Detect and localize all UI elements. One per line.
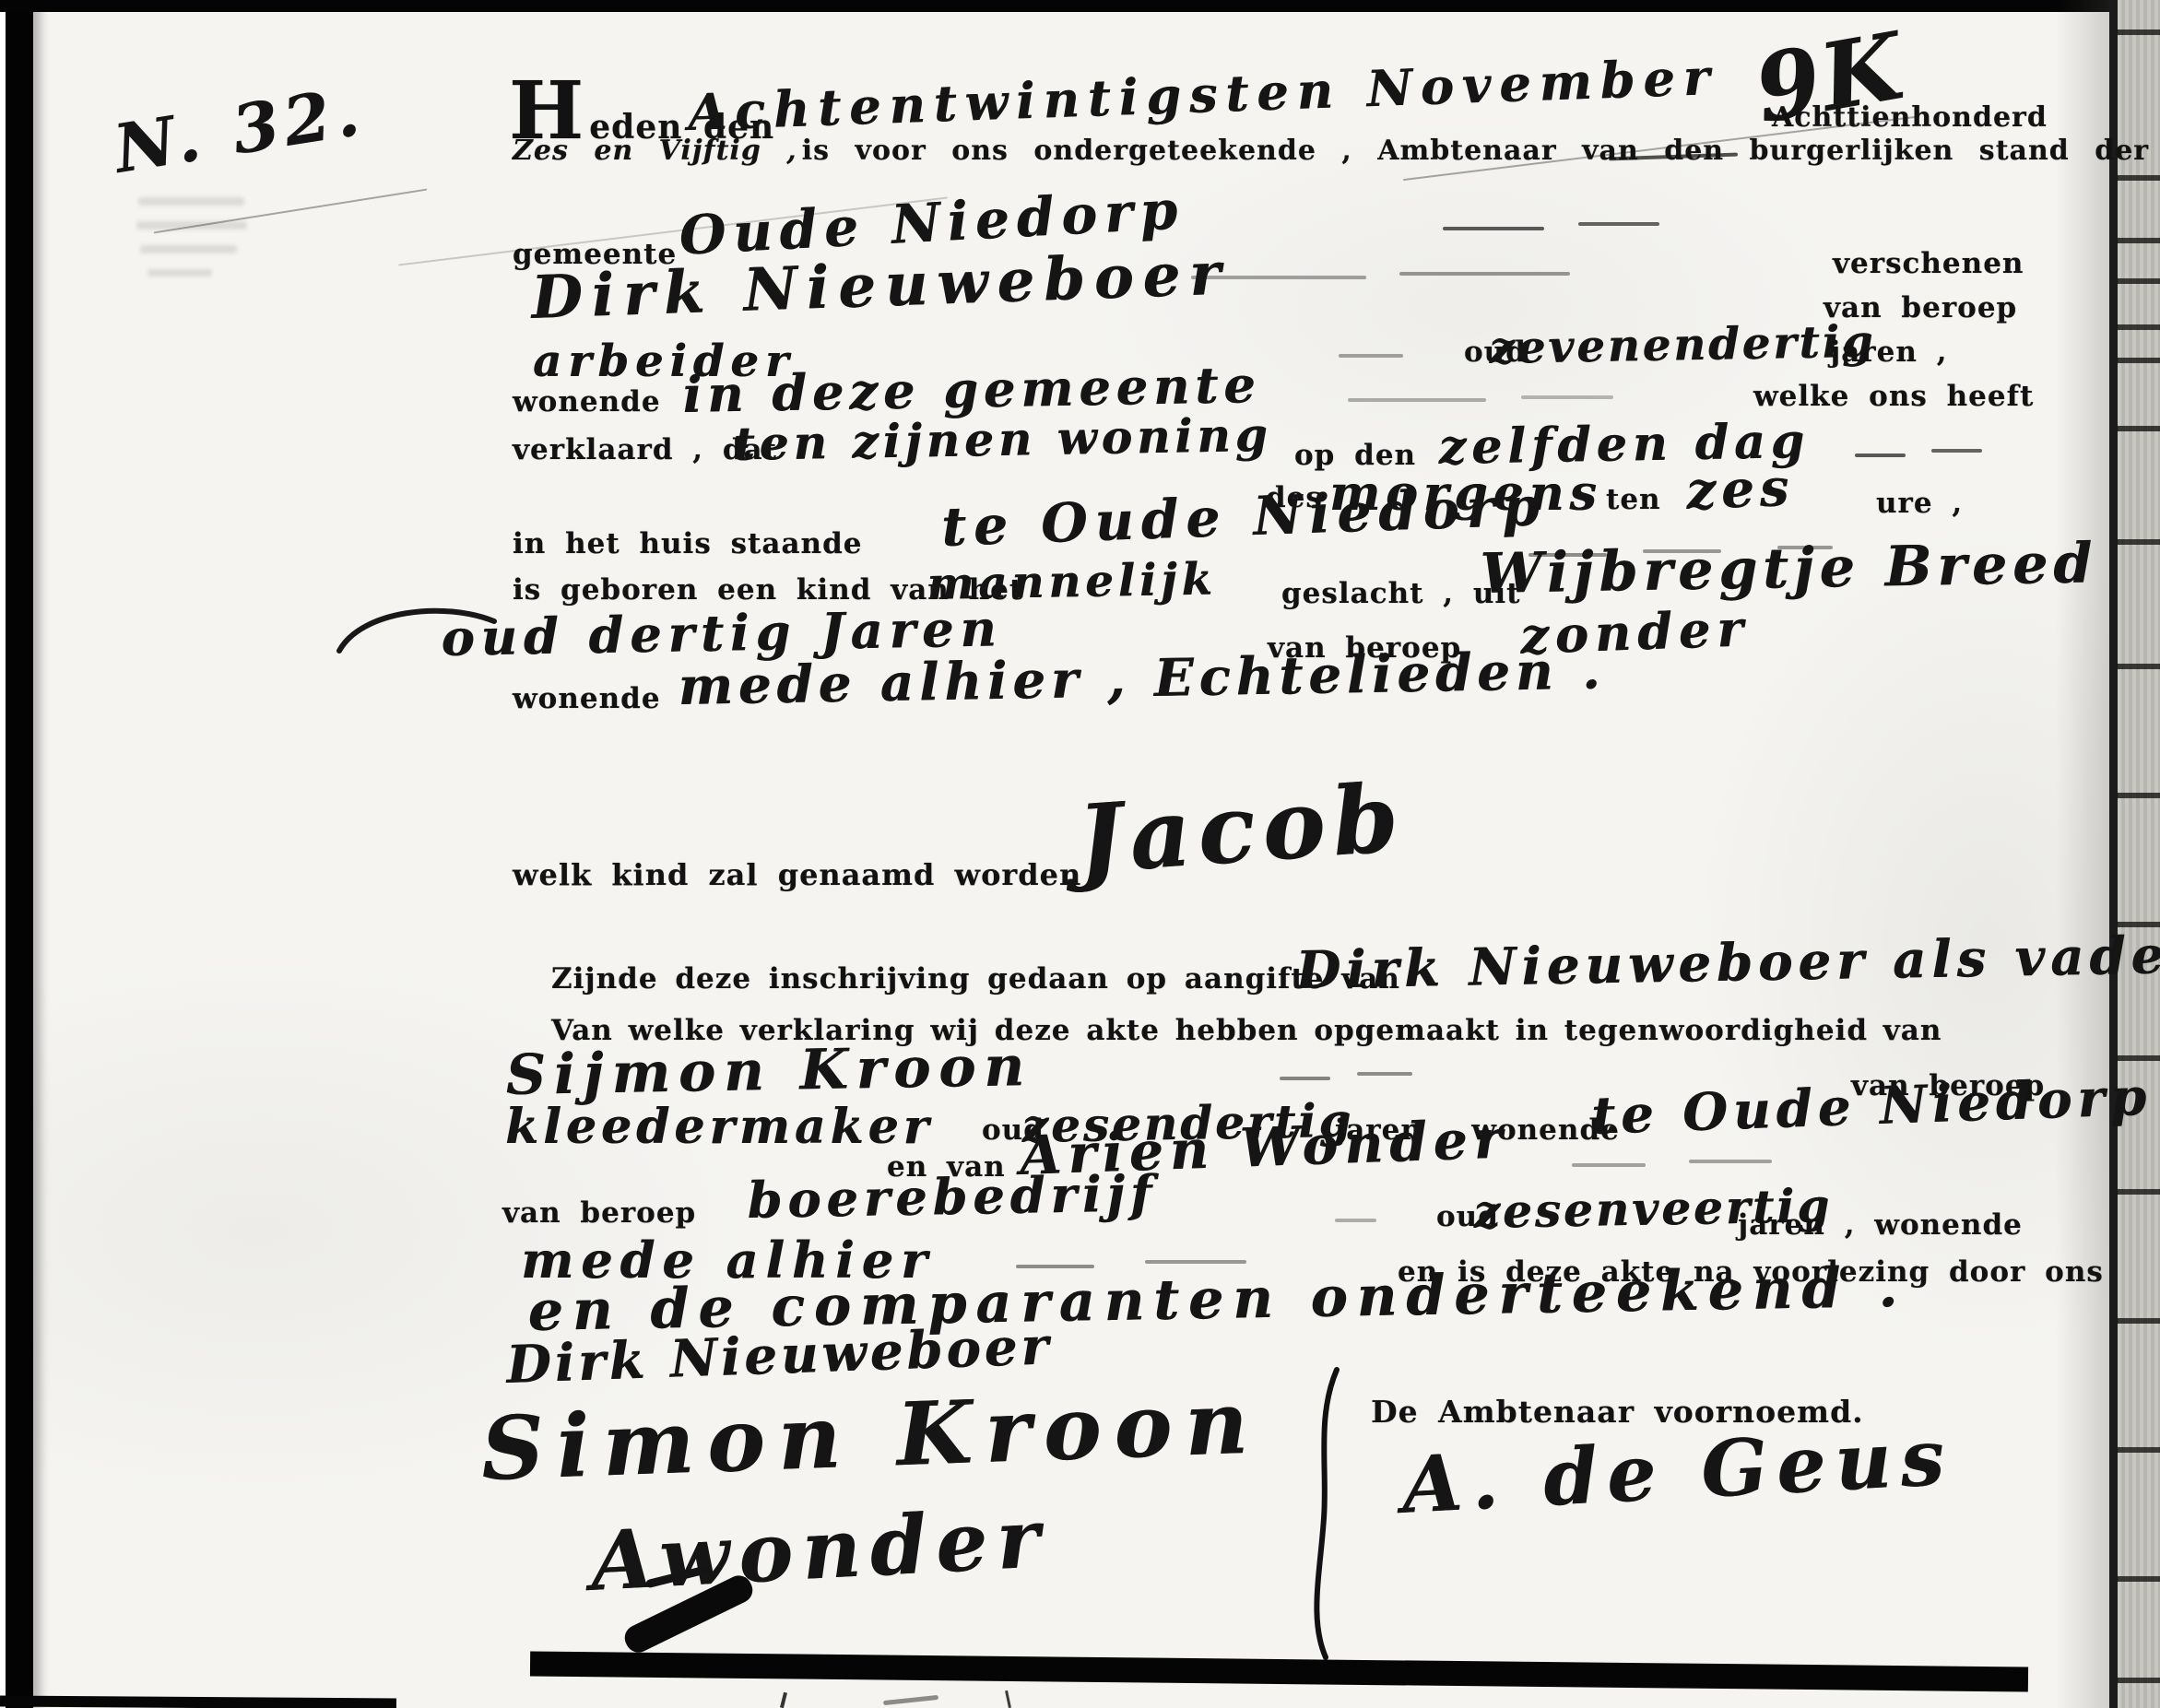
printed-year-words: Zes en Vijftig ,	[513, 135, 797, 167]
printed-in-het-huis: in het huis staande	[513, 527, 862, 560]
dash-filler	[1145, 1260, 1246, 1264]
printed-aangifte: Zijnde deze inschrijving gedaan op aangi…	[551, 962, 1400, 995]
dash-filler	[1335, 1219, 1376, 1222]
dash-filler	[1280, 1077, 1330, 1080]
printed-wonende-2: wonende	[513, 682, 661, 715]
stitch-mark	[2117, 1678, 2160, 1683]
stitch-mark	[2117, 1318, 2160, 1324]
stitch-mark	[2117, 29, 2160, 35]
bleed-through-text	[148, 269, 212, 277]
next-act-stroke	[1005, 1690, 1011, 1708]
stitch-mark	[2117, 426, 2160, 431]
printed-jaren-1: jaren ,	[1830, 336, 1947, 369]
left-edge-shadow	[6, 0, 33, 1708]
brace-mark	[1298, 1366, 1353, 1661]
dash-filler	[1578, 222, 1659, 226]
stitch-mark	[2117, 793, 2160, 798]
act-number-flourish	[154, 189, 428, 234]
dash-filler	[1339, 354, 1403, 358]
handwritten-aangever: Dirk Nieuweboer als vader	[1295, 925, 2160, 1001]
dash-filler	[1357, 1072, 1412, 1076]
handwritten-hour: zes	[1685, 457, 1795, 522]
printed-verschenen: verschenen	[1833, 247, 2024, 280]
printed-ten: ten	[1606, 483, 1661, 516]
dash-filler	[1689, 1160, 1772, 1163]
handwritten-mother-name: Wijbregtje Breed	[1480, 531, 2098, 607]
right-paper-shading	[2056, 0, 2111, 1708]
act-number: N. 32.	[109, 71, 370, 188]
stitch-mark	[2117, 324, 2160, 330]
printed-wonende-1: wonende	[513, 385, 661, 418]
stitch-mark	[2117, 238, 2160, 243]
stitch-mark	[2117, 1055, 2160, 1061]
printed-intro-line: Zes en Vijftig , is voor ons ondergeteek…	[513, 135, 2006, 167]
signature-witness2: Awonder	[588, 1490, 1051, 1609]
dash-filler	[1521, 395, 1613, 399]
printed-achttienhonderd: Achttienhonderd	[1772, 101, 2048, 134]
dash-filler	[1348, 398, 1486, 402]
stitch-mark	[2117, 539, 2160, 545]
printed-van-beroep-4: van beroep	[502, 1196, 696, 1230]
stitch-mark	[2117, 278, 2160, 284]
stitch-mark	[2117, 1576, 2160, 1582]
stitch-mark	[2117, 358, 2160, 363]
next-act-stroke	[780, 1692, 787, 1708]
dash-filler	[1443, 227, 1544, 230]
dash-filler	[1016, 1265, 1094, 1268]
bleed-through-text	[140, 245, 237, 253]
handwritten-birth-location-phrase: ten zijnen woning	[733, 407, 1272, 471]
dash-filler	[1855, 454, 1906, 457]
printed-intro: is voor ons ondergeteekende , Ambtenaar …	[802, 135, 2149, 167]
stitch-mark	[2117, 1189, 2160, 1195]
top-edge-shadow	[0, 0, 2160, 12]
stitch-mark	[2117, 1447, 2160, 1453]
handwritten-witness1-occupation: kleedermaker	[505, 1099, 933, 1155]
dash-filler	[1399, 272, 1570, 276]
handwritten-date: Achtentwintigsten November	[687, 47, 1718, 142]
bottom-edge-shadow	[0, 1695, 396, 1708]
handwritten-child-name: Jacob	[1074, 762, 1409, 896]
handwritten-house-place: te Oude Niedorp	[940, 475, 1548, 559]
bleed-through-text	[138, 197, 244, 206]
handwritten-witness2-occupation: boerebedrijf	[747, 1163, 1158, 1230]
stitch-mark	[2117, 664, 2160, 669]
stitch-mark	[2117, 175, 2160, 181]
printed-ure: ure ,	[1876, 487, 1963, 520]
document-page: N. 32. 9K Heden den Achtentwintigsten No…	[0, 0, 2160, 1708]
dash-filler	[1931, 449, 1982, 453]
printed-welke-ons-heeft: welke ons heeft	[1753, 380, 2034, 413]
dash-filler	[1572, 1163, 1646, 1167]
next-act-stroke	[883, 1695, 938, 1705]
printed-naming-label: welk kind zal genaamd worden	[513, 857, 1081, 892]
handwritten-witness1-name: Sijmon Kroon	[505, 1034, 1033, 1108]
black-separator-bar	[530, 1651, 2028, 1691]
printed-jaren-wonende-2: jaren , wonende	[1738, 1208, 2023, 1242]
handwritten-declarant-age: zevenendertig	[1489, 316, 1876, 374]
